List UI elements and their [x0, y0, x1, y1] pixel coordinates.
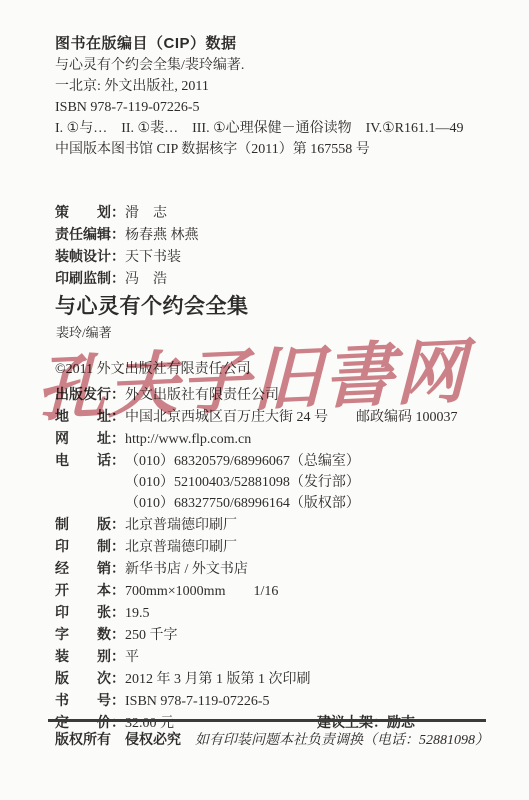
staff-value: 冯 浩	[125, 272, 167, 287]
pub-label: 印 制：	[55, 536, 125, 557]
pub-row-format: 开 本：700mm×1000mm 1/16	[55, 580, 458, 602]
pub-value: 中国北京西城区百万庄大街 24 号 邮政编码 100037	[125, 410, 458, 425]
staff-value: 天下书装	[125, 250, 181, 265]
pub-row-edition: 版 次：2012 年 3 月第 1 版第 1 次印刷	[55, 668, 458, 690]
pub-label: 经 销：	[55, 558, 125, 579]
pub-label: 制 版：	[55, 514, 125, 535]
cip-line-classification: I. ①与… II. ①裴… III. ①心理保健－通俗读物 IV.①R161.…	[55, 118, 509, 139]
staff-row-print-supervisor: 印刷监制：冯 浩	[55, 268, 199, 290]
pub-value: （010）52100403/52881098（发行部）	[125, 475, 360, 490]
pub-row-printer: 印 制：北京普瑞德印刷厂	[55, 536, 458, 558]
pub-label: 装 别：	[55, 646, 125, 667]
staff-label: 策 划：	[55, 204, 125, 220]
pub-value: 新华书店 / 外文书店	[125, 562, 248, 577]
copyright-line: ©2011 外文出版社有限责任公司	[55, 359, 458, 380]
staff-row-planner: 策 划：滑 志	[55, 202, 199, 224]
staff-block: 策 划：滑 志 责任编辑：杨春燕 林燕 装帧设计：天下书装 印刷监制：冯 浩	[55, 202, 199, 290]
pub-label: 印 张：	[55, 602, 125, 623]
cip-line-isbn: ISBN 978-7-119-07226-5	[55, 97, 509, 118]
pub-row-phone-1: 电 话：（010）68320579/68996067（总编室）	[55, 450, 458, 472]
pub-value: http://www.flp.com.cn	[125, 432, 251, 447]
staff-row-editor: 责任编辑：杨春燕 林燕	[55, 224, 199, 246]
pub-value: 250 千字	[125, 628, 178, 643]
book-author: 裴玲/编著	[56, 325, 112, 341]
pub-value: 2012 年 3 月第 1 版第 1 次印刷	[125, 672, 311, 687]
pub-value: 外文出版社有限责任公司	[125, 388, 279, 403]
pub-label: 书 号：	[55, 690, 125, 711]
cip-line-title: 与心灵有个约会全集/裴玲编著.	[55, 55, 509, 76]
pub-value: 19.5	[125, 606, 150, 621]
pub-row-website: 网 址：http://www.flp.com.cn	[55, 428, 458, 450]
cip-header: 图书在版编目（CIP）数据	[55, 33, 509, 55]
staff-label: 装帧设计：	[55, 248, 125, 264]
pub-row-word-count: 字 数：250 千字	[55, 624, 458, 646]
pub-row-distributor: 经 销：新华书店 / 外文书店	[55, 558, 458, 580]
pub-label: 字 数：	[55, 624, 125, 645]
pub-value: （010）68327750/68996164（版权部）	[125, 496, 360, 511]
pub-value: 北京普瑞德印刷厂	[125, 540, 237, 555]
pub-value: ISBN 978-7-119-07226-5	[125, 694, 270, 709]
pub-value: （010）68320579/68996067（总编室）	[125, 454, 360, 469]
pub-row-phone-2: （010）52100403/52881098（发行部）	[55, 472, 458, 493]
pub-value: 700mm×1000mm 1/16	[125, 584, 278, 599]
pub-row-phone-3: （010）68327750/68996164（版权部）	[55, 493, 458, 514]
pub-row-book-number: 书 号：ISBN 978-7-119-07226-5	[55, 690, 458, 712]
pub-label: 出版发行：	[55, 384, 125, 405]
pub-value: 平	[125, 650, 139, 665]
copyright-notice-exchange: 如有印装问题本社负责调换（电话：52881098）	[195, 733, 489, 748]
book-title: 与心灵有个约会全集	[55, 294, 249, 320]
divider-rule	[48, 719, 486, 722]
pub-label: 电 话：	[55, 450, 125, 471]
cip-block: 图书在版编目（CIP）数据 与心灵有个约会全集/裴玲编著. 一北京: 外文出版社…	[55, 33, 509, 160]
copyright-notice: 版权所有 侵权必究如有印装问题本社负责调换（电话：52881098）	[55, 729, 489, 751]
staff-value: 滑 志	[125, 206, 167, 221]
staff-row-designer: 装帧设计：天下书装	[55, 246, 199, 268]
cip-line-publisher: 一北京: 外文出版社, 2011	[55, 76, 509, 97]
pub-label: 地 址：	[55, 406, 125, 427]
pub-label: 网 址：	[55, 428, 125, 449]
pub-row-publisher: 出版发行：外文出版社有限责任公司	[55, 384, 458, 406]
pub-row-address: 地 址：中国北京西城区百万庄大街 24 号 邮政编码 100037	[55, 406, 458, 428]
pub-row-sheets: 印 张：19.5	[55, 602, 458, 624]
copyright-notice-bold: 版权所有 侵权必究	[55, 731, 181, 747]
copyright-page: 图书在版编目（CIP）数据 与心灵有个约会全集/裴玲编著. 一北京: 外文出版社…	[0, 0, 529, 800]
pub-row-binding: 装 别：平	[55, 646, 458, 668]
staff-label: 印刷监制：	[55, 270, 125, 286]
pub-row-plate-making: 制 版：北京普瑞德印刷厂	[55, 514, 458, 536]
pub-label: 开 本：	[55, 580, 125, 601]
staff-label: 责任编辑：	[55, 226, 125, 242]
pub-label: 版 次：	[55, 668, 125, 689]
cip-line-record-number: 中国版本图书馆 CIP 数据核字（2011）第 167558 号	[55, 139, 509, 160]
pub-value: 北京普瑞德印刷厂	[125, 518, 237, 533]
publication-block: ©2011 外文出版社有限责任公司 出版发行：外文出版社有限责任公司 地 址：中…	[55, 359, 458, 734]
staff-value: 杨春燕 林燕	[125, 228, 199, 243]
